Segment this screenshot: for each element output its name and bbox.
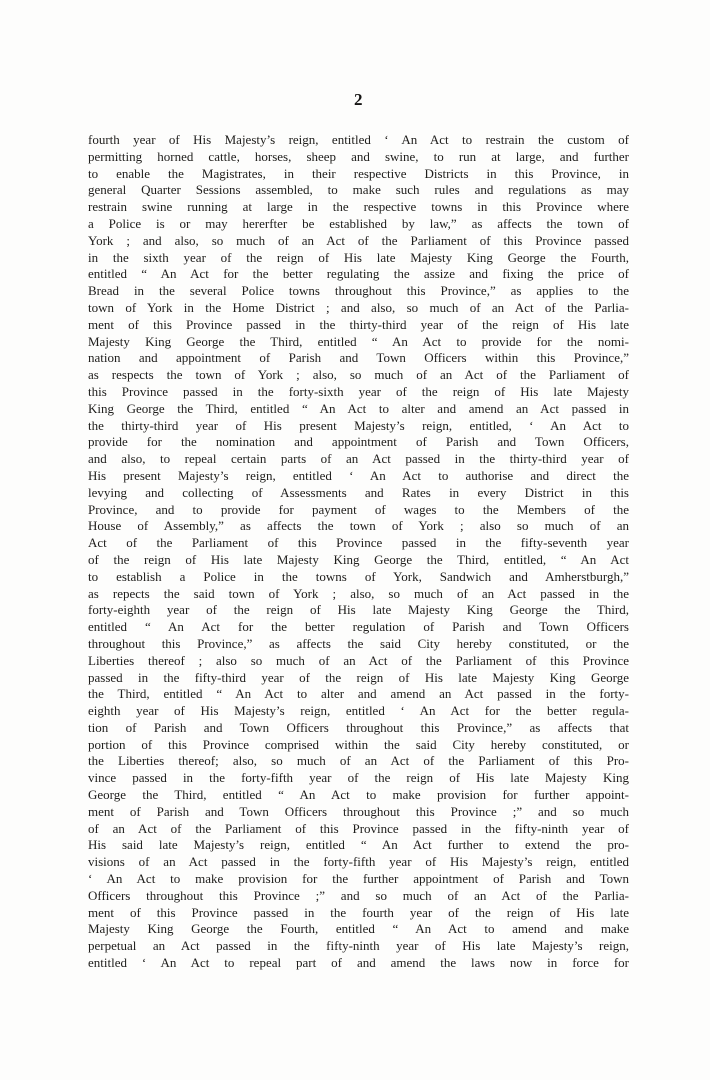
text-line: general Quarter Sessions assembled, to m… [88,182,629,199]
text-line: Majesty King George the Third, entitled … [88,334,629,351]
text-line: ment of Parish and Town Officers through… [88,804,629,821]
text-line: visions of an Act passed in the forty-fi… [88,854,629,871]
text-line: entitled ‘ An Act to repeal part of and … [88,955,629,972]
body-text: fourth year of His Majesty’s reign, enti… [88,132,629,972]
text-line: throughout this Province,” as affects th… [88,636,629,653]
text-line: town of York in the Home District ; and … [88,300,629,317]
text-line: fourth year of His Majesty’s reign, enti… [88,132,629,149]
document-page: 2 fourth year of His Majesty’s reign, en… [0,0,710,1080]
text-line: George the Third, entitled “ An Act to m… [88,787,629,804]
text-line: Province, and to provide for payment of … [88,502,629,519]
text-line: provide for the nomination and appointme… [88,434,629,451]
text-line: entitled “ An Act for the better regulat… [88,619,629,636]
text-line: tion of Parish and Town Officers through… [88,720,629,737]
text-line: eighth year of His Majesty’s reign, enti… [88,703,629,720]
text-line: nation and appointment of Parish and Tow… [88,350,629,367]
text-line: the Third, entitled “ An Act to alter an… [88,686,629,703]
text-line: as repects the said town of York ; also,… [88,586,629,603]
text-line: House of Assembly,” as affects the town … [88,518,629,535]
text-line: ment of this Province passed in the four… [88,905,629,922]
text-line: portion of this Province comprised withi… [88,737,629,754]
text-line: restrain swine running at large in the r… [88,199,629,216]
text-line: this Province passed in the forty-sixth … [88,384,629,401]
text-line: to establish a Police in the towns of Yo… [88,569,629,586]
text-line: levying and collecting of Assessments an… [88,485,629,502]
text-line: a Police is or may hererfter be establis… [88,216,629,233]
text-line: Bread in the several Police towns throug… [88,283,629,300]
text-line: His present Majesty’s reign, entitled ‘ … [88,468,629,485]
text-line: His said late Majesty’s reign, entitled … [88,837,629,854]
text-line: ‘ An Act to make provision for the furth… [88,871,629,888]
text-line: vince passed in the forty-fifth year of … [88,770,629,787]
text-line: the Liberties thereof; also, so much of … [88,753,629,770]
text-line: ment of this Province passed in the thir… [88,317,629,334]
text-line: in the sixth year of the reign of His la… [88,250,629,267]
text-line: the thirty-third year of His present Maj… [88,418,629,435]
text-line: Liberties thereof ; also so much of an A… [88,653,629,670]
text-line: forty-eighth year of the reign of His la… [88,602,629,619]
text-line: Majesty King George the Fourth, entitled… [88,921,629,938]
text-line: permitting horned cattle, horses, sheep … [88,149,629,166]
text-line: and also, to repeal certain parts of an … [88,451,629,468]
text-line: of the reign of His late Majesty King Ge… [88,552,629,569]
text-line: perpetual an Act passed in the fifty-nin… [88,938,629,955]
text-line: as respects the town of York ; also, so … [88,367,629,384]
text-line: York ; and also, so much of an Act of th… [88,233,629,250]
text-line: Act of the Parliament of this Province p… [88,535,629,552]
text-line: passed in the fifty-third year of the re… [88,670,629,687]
text-line: entitled “ An Act for the better regulat… [88,266,629,283]
text-line: of an Act of the Parliament of this Prov… [88,821,629,838]
text-line: to enable the Magistrates, in their resp… [88,166,629,183]
text-line: King George the Third, entitled “ An Act… [88,401,629,418]
page-number: 2 [88,90,629,110]
text-line: Officers throughout this Province ;” and… [88,888,629,905]
